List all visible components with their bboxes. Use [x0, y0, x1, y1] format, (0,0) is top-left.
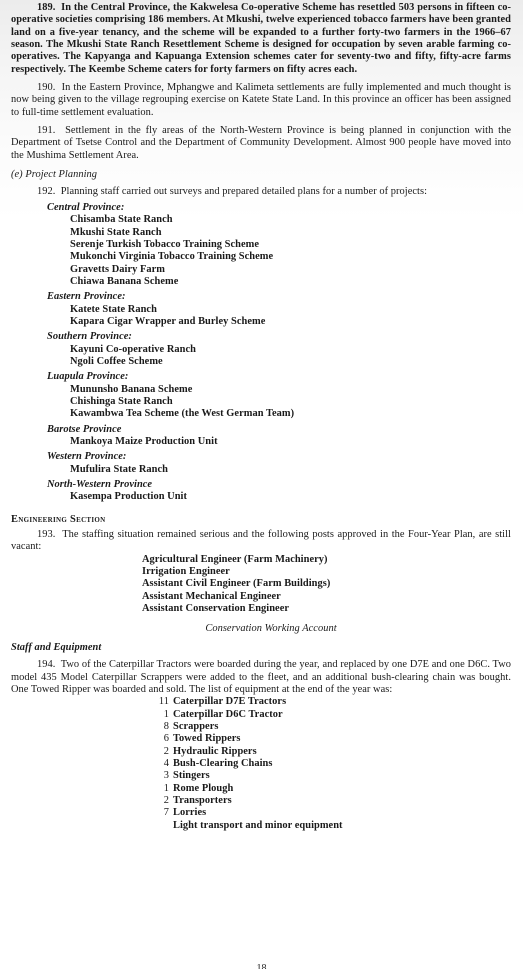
paragraph-number: 189. — [37, 2, 55, 13]
paragraph-text: Settlement in the fly areas of the North… — [11, 125, 511, 161]
paragraph-text: The staffing situation remained serious … — [11, 529, 511, 552]
equipment-name: Stingers — [173, 770, 210, 782]
staff-equipment-heading: Staff and Equipment — [11, 642, 511, 654]
project-item: Mukonchi Virginia Tobacco Training Schem… — [70, 251, 511, 263]
equipment-item: 1Rome Plough — [155, 783, 511, 795]
paragraph-190: 190. In the Eastern Province, Mphangwe a… — [11, 82, 511, 119]
equipment-item: 2Transporters — [155, 795, 511, 807]
equipment-quantity: 1 — [155, 783, 169, 795]
project-item: Chisamba State Ranch — [70, 214, 511, 226]
project-planning-heading: (e) Project Planning — [11, 169, 511, 181]
equipment-list: 11Caterpillar D7E Tractors1Caterpillar D… — [155, 696, 511, 832]
paragraph-text: In the Central Province, the Kakwelesa C… — [11, 2, 511, 75]
project-item: Katete State Ranch — [70, 304, 511, 316]
equipment-item: Light transport and minor equipment — [155, 820, 511, 832]
paragraph-193: 193. The staffing situation remained ser… — [11, 529, 511, 554]
equipment-quantity: 3 — [155, 770, 169, 782]
equipment-item: 11Caterpillar D7E Tractors — [155, 696, 511, 708]
equipment-quantity — [155, 820, 169, 832]
equipment-item: 7Lorries — [155, 807, 511, 819]
project-item: Kayuni Co-operative Ranch — [70, 344, 511, 356]
subsection-title: Project Planning — [25, 169, 97, 180]
project-item: Serenje Turkish Tobacco Training Scheme — [70, 239, 511, 251]
project-item: Mkushi State Ranch — [70, 227, 511, 239]
province-heading: Eastern Province: — [47, 291, 511, 303]
project-item: Kapara Cigar Wrapper and Burley Scheme — [70, 316, 511, 328]
equipment-quantity: 8 — [155, 721, 169, 733]
equipment-item: 2Hydraulic Rippers — [155, 746, 511, 758]
project-item: Mankoya Maize Production Unit — [70, 436, 511, 448]
paragraph-number: 190. — [37, 82, 55, 93]
equipment-item: 3Stingers — [155, 770, 511, 782]
project-item: Kawambwa Tea Scheme (the West German Tea… — [70, 408, 511, 420]
paragraph-number: 194. — [37, 659, 55, 670]
paragraph-text: In the Eastern Province, Mphangwe and Ka… — [11, 82, 511, 118]
project-item: Gravetts Dairy Farm — [70, 264, 511, 276]
equipment-name: Towed Rippers — [173, 733, 241, 745]
vacant-post-item: Agricultural Engineer (Farm Machinery) — [142, 554, 511, 566]
project-item: Mufulira State Ranch — [70, 464, 511, 476]
project-item: Mununsho Banana Scheme — [70, 384, 511, 396]
vacant-post-item: Assistant Mechanical Engineer — [142, 591, 511, 603]
vacant-post-item: Irrigation Engineer — [142, 566, 511, 578]
equipment-name: Rome Plough — [173, 783, 233, 795]
province-heading: Central Province: — [47, 202, 511, 214]
equipment-item: 6Towed Rippers — [155, 733, 511, 745]
province-heading: Luapula Province: — [47, 371, 511, 383]
equipment-name: Caterpillar D7E Tractors — [173, 696, 286, 708]
page-content: 189. In the Central Province, the Kakwel… — [11, 2, 511, 832]
project-item: Chiawa Banana Scheme — [70, 276, 511, 288]
equipment-quantity: 2 — [155, 795, 169, 807]
vacant-post-item: Assistant Conservation Engineer — [142, 603, 511, 615]
paragraph-192: 192. Planning staff carried out surveys … — [11, 186, 511, 198]
equipment-item: 8Scrappers — [155, 721, 511, 733]
vacant-post-item: Assistant Civil Engineer (Farm Buildings… — [142, 578, 511, 590]
equipment-quantity: 11 — [155, 696, 169, 708]
equipment-name: Caterpillar D6C Tractor — [173, 709, 283, 721]
equipment-name: Transporters — [173, 795, 232, 807]
paragraph-number: 193. — [37, 529, 55, 540]
province-heading: Southern Province: — [47, 331, 511, 343]
equipment-item: 4Bush-Clearing Chains — [155, 758, 511, 770]
equipment-name: Scrappers — [173, 721, 218, 733]
subsection-label: (e) — [11, 169, 23, 180]
page-number: 18 — [0, 963, 523, 969]
equipment-name: Lorries — [173, 807, 206, 819]
paragraph-text: Two of the Caterpillar Tractors were boa… — [11, 659, 511, 695]
equipment-quantity: 1 — [155, 709, 169, 721]
document-page: 189. In the Central Province, the Kakwel… — [0, 0, 523, 969]
equipment-quantity: 7 — [155, 807, 169, 819]
equipment-item: 1Caterpillar D6C Tractor — [155, 709, 511, 721]
paragraph-text: Planning staff carried out surveys and p… — [61, 186, 427, 197]
project-item: Ngoli Coffee Scheme — [70, 356, 511, 368]
paragraph-number: 191. — [37, 125, 55, 136]
project-item: Kasempa Production Unit — [70, 491, 511, 503]
province-heading: Barotse Province — [47, 424, 511, 436]
province-heading: North-Western Province — [47, 479, 511, 491]
paragraph-number: 192. — [37, 186, 55, 197]
equipment-name: Light transport and minor equipment — [173, 820, 343, 832]
conservation-account-heading: Conservation Working Account — [11, 623, 511, 635]
equipment-name: Bush-Clearing Chains — [173, 758, 272, 770]
paragraph-189: 189. In the Central Province, the Kakwel… — [11, 2, 511, 76]
province-project-list: Central Province:Chisamba State RanchMku… — [11, 202, 511, 504]
vacant-posts-list: Agricultural Engineer (Farm Machinery)Ir… — [142, 554, 511, 616]
equipment-quantity: 2 — [155, 746, 169, 758]
project-item: Chishinga State Ranch — [70, 396, 511, 408]
equipment-quantity: 6 — [155, 733, 169, 745]
equipment-quantity: 4 — [155, 758, 169, 770]
paragraph-194: 194. Two of the Caterpillar Tractors wer… — [11, 659, 511, 696]
engineering-section-heading: Engineering Section — [11, 514, 511, 526]
equipment-name: Hydraulic Rippers — [173, 746, 257, 758]
province-heading: Western Province: — [47, 451, 511, 463]
paragraph-191: 191. Settlement in the fly areas of the … — [11, 125, 511, 162]
